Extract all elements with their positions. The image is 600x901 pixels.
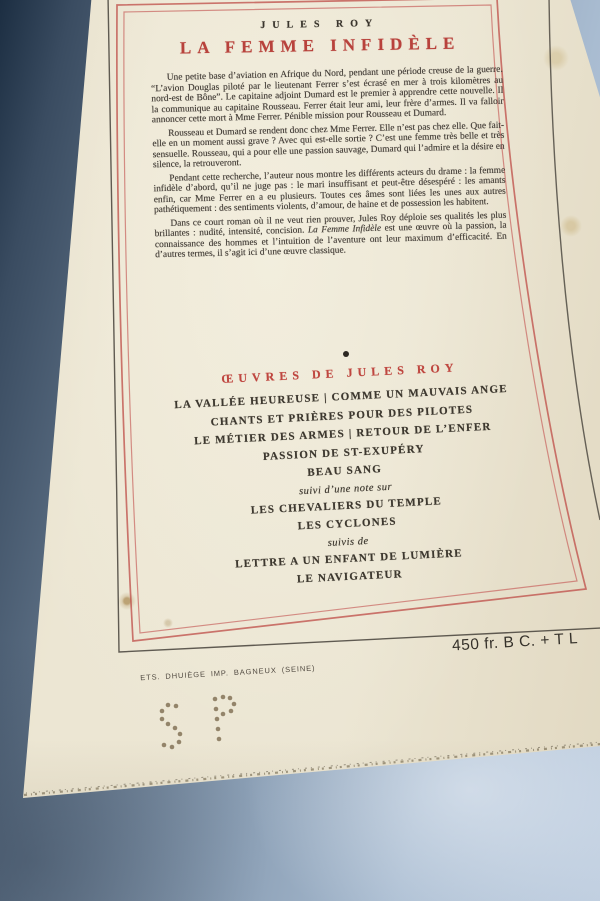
- blurb-paragraph-1: Une petite base d’aviation en Afrique du…: [151, 65, 504, 126]
- photo-scene: S P JULES ROY LA FEMME INFIDÈLE Une peti…: [0, 0, 600, 901]
- blurb-paragraph-3: Pendant cette recherche, l’auteur nous m…: [153, 165, 506, 216]
- blurb-paragraph-2: Rousseau et Dumard se rendent donc chez …: [152, 120, 505, 171]
- title-block: JULES ROY LA FEMME INFIDÈLE: [120, 16, 521, 60]
- blurb: Une petite base d’aviation en Afrique du…: [151, 65, 508, 264]
- works-list: ŒUVRES DE JULES ROY LA VALLÉE HEUREUSE |…: [140, 356, 550, 599]
- separator-dot: [343, 351, 349, 357]
- blurb-paragraph-4: Dans ce court roman où il ne veut rien p…: [154, 210, 507, 261]
